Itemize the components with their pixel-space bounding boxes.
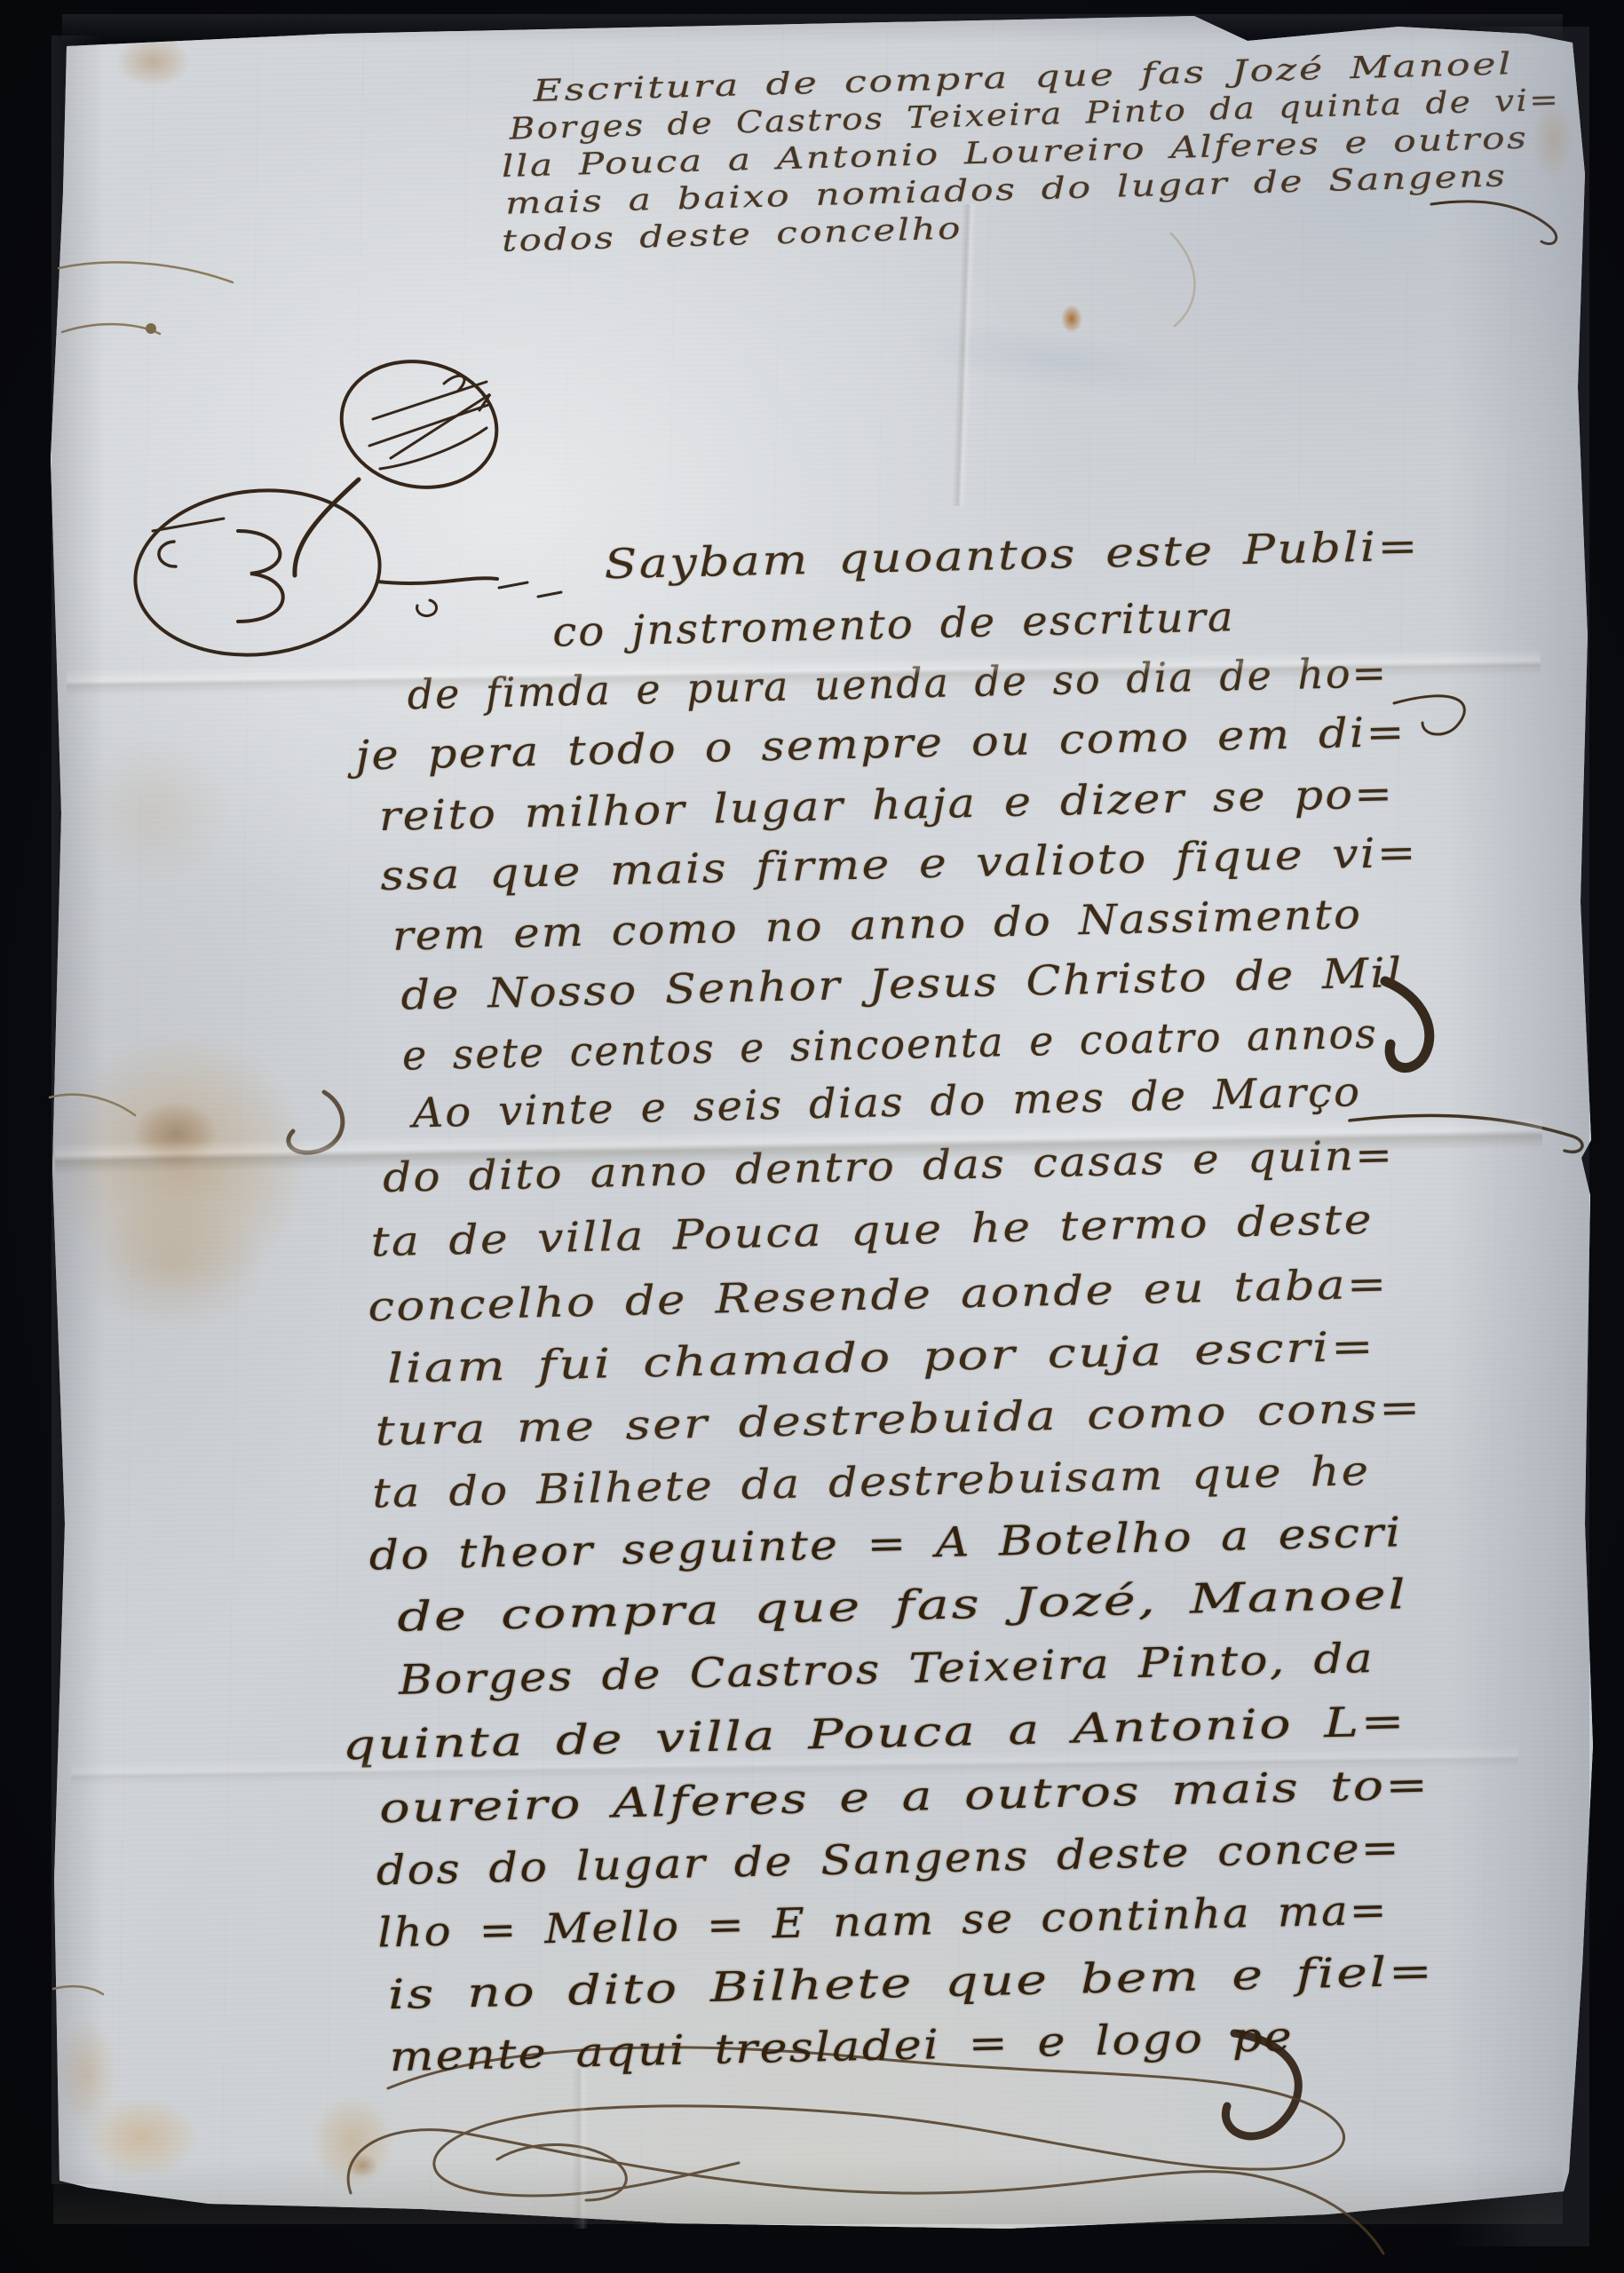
rust-speck [1061, 305, 1082, 333]
stain-bottom-dots [346, 2153, 378, 2178]
stain-left-large [53, 1030, 311, 1296]
stain-left-lower [80, 1199, 266, 1332]
stain-top-left [115, 36, 191, 87]
stain-bottom-flourish [311, 2095, 395, 2189]
stain-bottom-left-a [84, 2095, 200, 2180]
manuscript-photo: Escritura de compra que fas Jozé Manoel … [0, 0, 1624, 2273]
blue-streak [903, 308, 1202, 410]
stain-bottom-left-b [53, 2016, 120, 2131]
stain-left-core [133, 1101, 218, 1168]
stain-left-mid-faint [80, 737, 231, 888]
